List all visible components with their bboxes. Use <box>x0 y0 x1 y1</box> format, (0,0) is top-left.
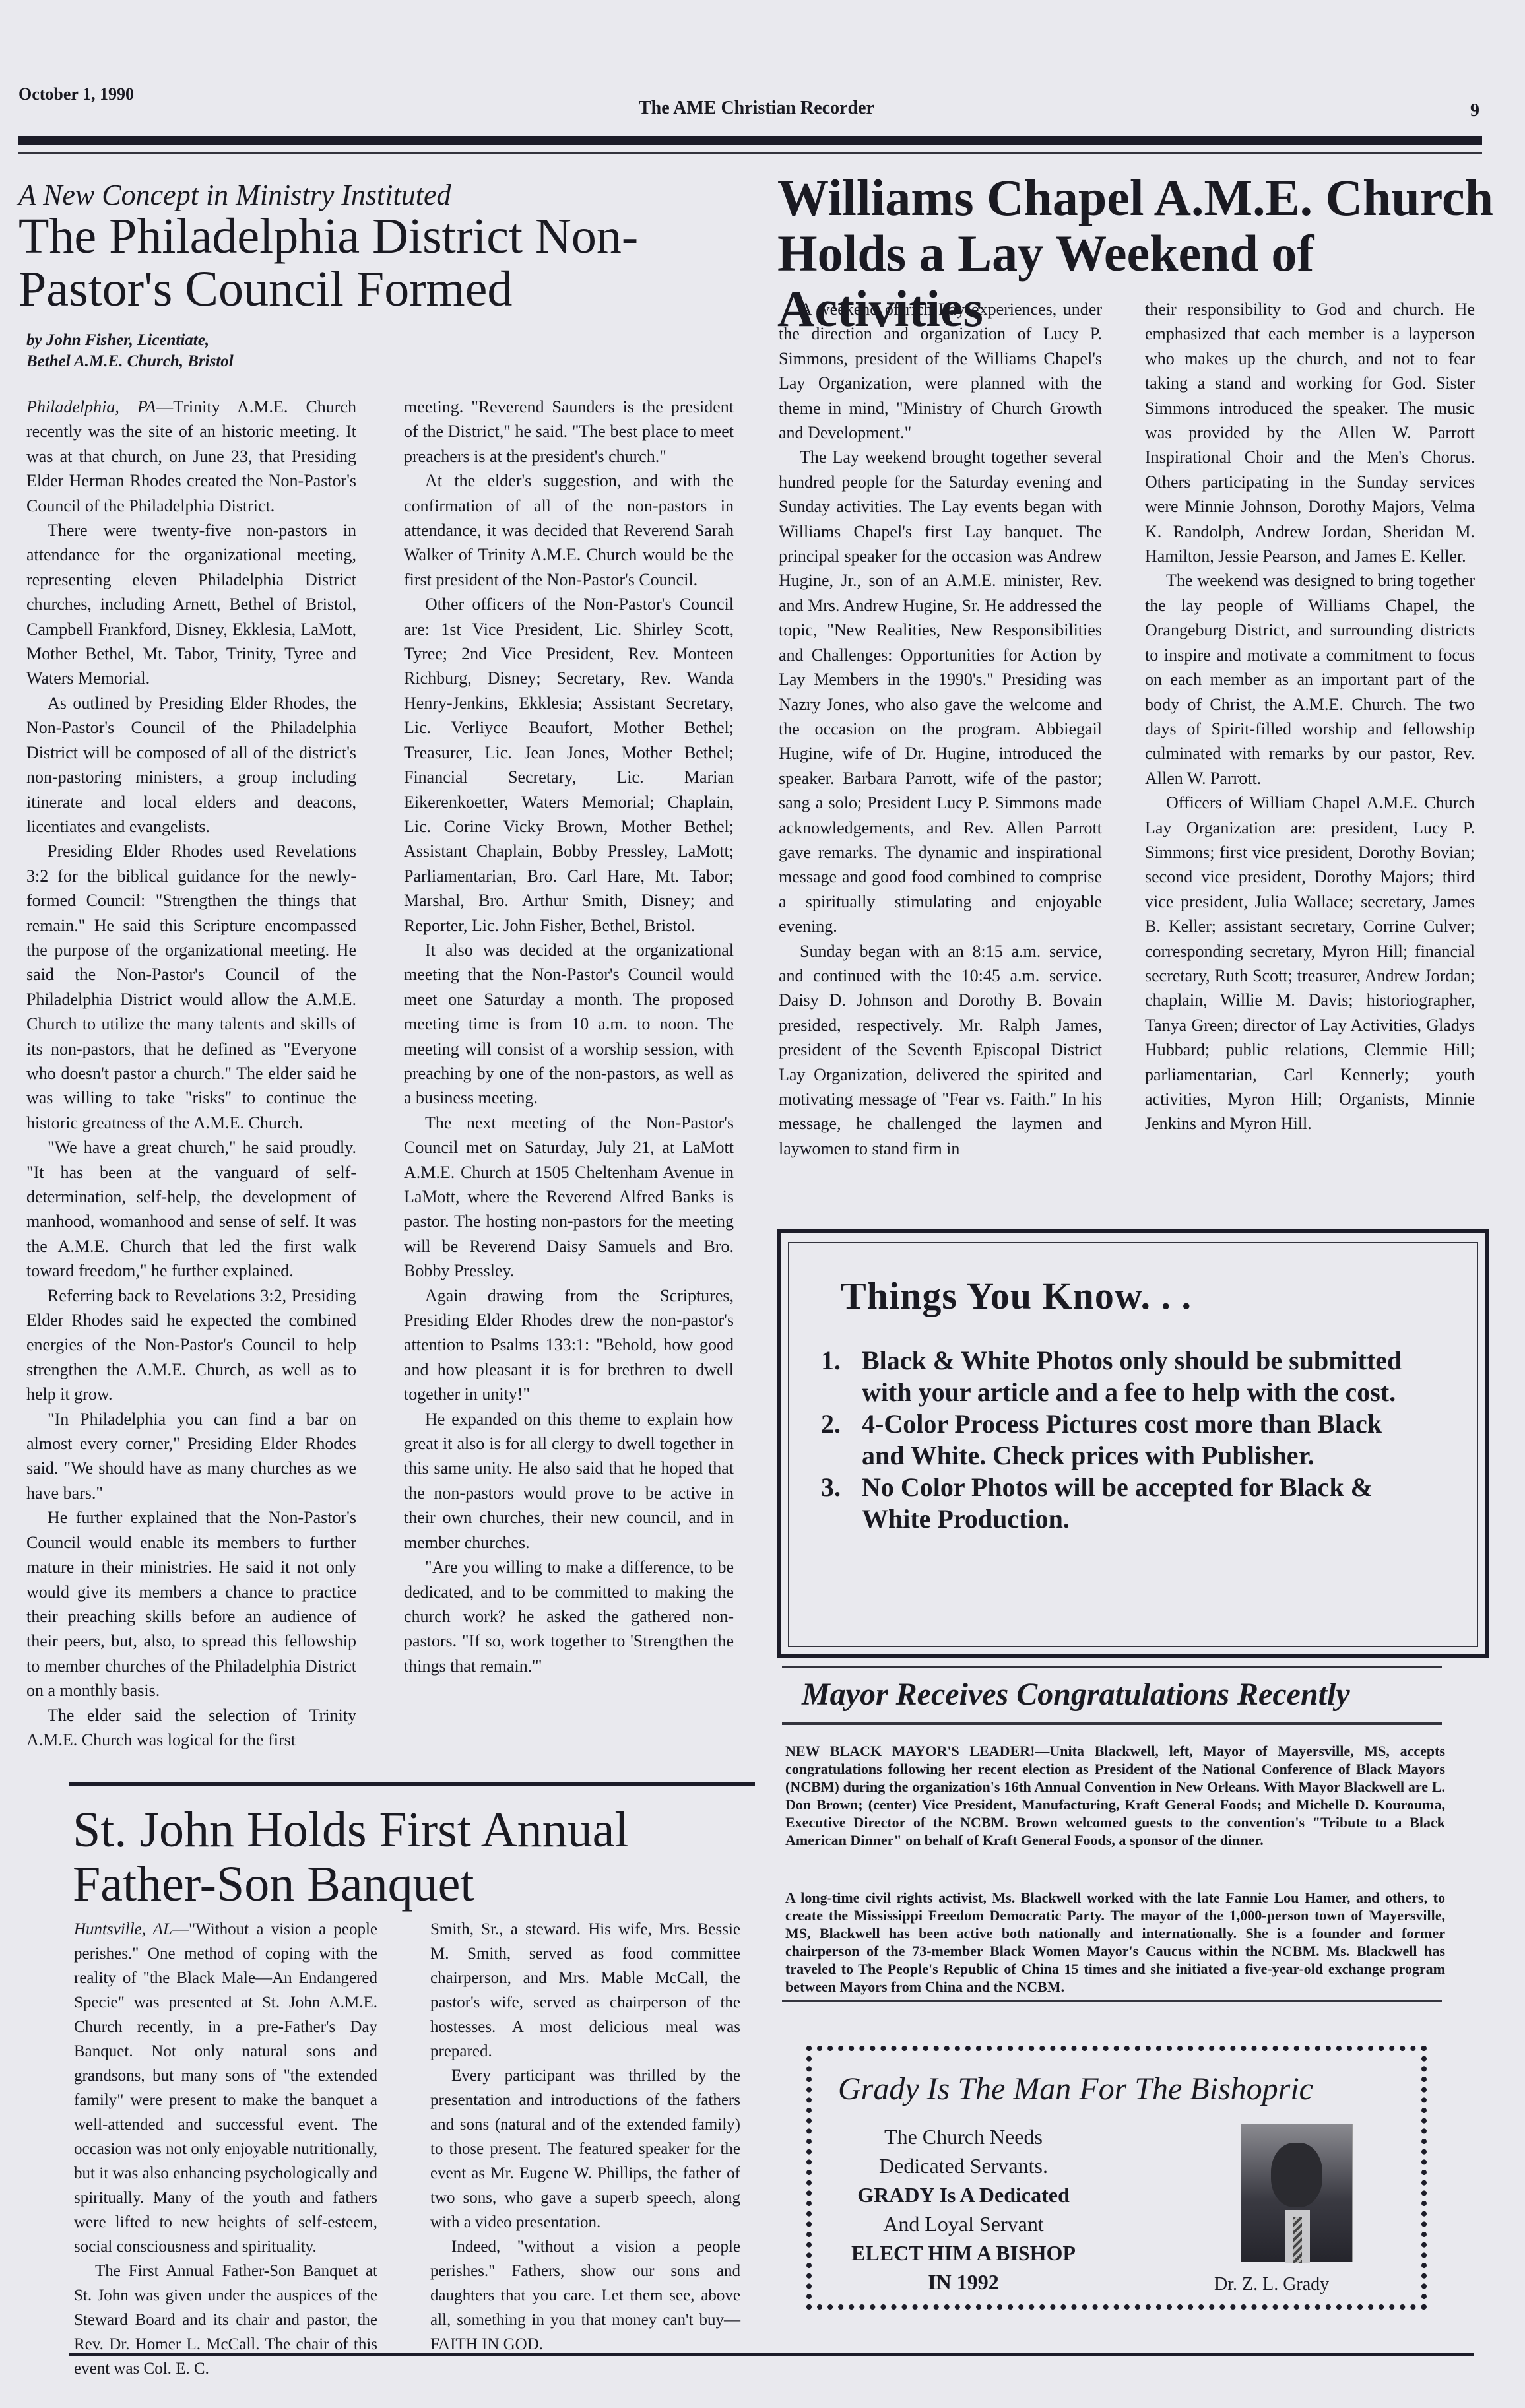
article-headline-stjohn: St. John Holds First Annual Father-Son B… <box>73 1803 772 1911</box>
list-item: 1.Black & White Photos only should be su… <box>821 1345 1415 1408</box>
article-kicker: A New Concept in Ministry Instituted <box>18 178 451 212</box>
paragraph: The weekend was designed to bring togeth… <box>1145 568 1475 791</box>
article-headline-philadelphia: The Philadelphia District Non-Pastor's C… <box>18 210 758 315</box>
ad-title: Grady Is The Man For The Bishopric <box>838 2071 1313 2107</box>
publication-name: The AME Christian Recorder <box>639 98 874 119</box>
paragraph: meeting. "Reverend Saunders is the presi… <box>404 395 734 469</box>
paragraph: As outlined by Presiding Elder Rhodes, t… <box>26 691 356 839</box>
paragraph: A weekend of rich Lay experiences, under… <box>779 297 1102 445</box>
article-column-philadelphia-1: Philadelphia, PA—Trinity A.M.E. Church r… <box>26 395 356 1752</box>
paragraph: Philadelphia, PA—Trinity A.M.E. Church r… <box>26 395 356 518</box>
ad-text: The Church Needs Dedicated Servants. GRA… <box>851 2122 1076 2296</box>
portrait-face <box>1271 2143 1322 2207</box>
article-column-williams-2: their responsibility to God and church. … <box>1145 297 1475 1136</box>
section-rule <box>782 1722 1442 1725</box>
list-item: 3.No Color Photos will be accepted for B… <box>821 1472 1415 1535</box>
paragraph: Again drawing from the Scriptures, Presi… <box>404 1284 734 1407</box>
paragraph: Officers of William Chapel A.M.E. Church… <box>1145 791 1475 1136</box>
article-column-stjohn-1: Huntsville, AL—"Without a vision a peopl… <box>74 1917 377 2381</box>
page-number: 9 <box>1470 100 1479 121</box>
photo-caption: NEW BLACK MAYOR'S LEADER!—Unita Blackwel… <box>785 1742 1445 1849</box>
paragraph: Other officers of the Non-Pastor's Counc… <box>404 592 734 938</box>
paragraph: It also was decided at the organizationa… <box>404 938 734 1111</box>
paragraph: The First Annual Father-Son Banquet at S… <box>74 2259 377 2381</box>
paragraph: Referring back to Revelations 3:2, Presi… <box>26 1284 356 1407</box>
paragraph: "Are you willing to make a difference, t… <box>404 1555 734 1678</box>
section-rule <box>69 1782 755 1786</box>
page-bottom-rule <box>69 2353 1474 2356</box>
paragraph: "We have a great church," he said proudl… <box>26 1135 356 1283</box>
article-column-williams-1: A weekend of rich Lay experiences, under… <box>779 297 1102 1161</box>
things-list: 1.Black & White Photos only should be su… <box>821 1345 1415 1535</box>
paragraph: Every participant was thrilled by the pr… <box>430 2064 740 2234</box>
paragraph: "In Philadelphia you can find a bar on a… <box>26 1407 356 1506</box>
paragraph: He further explained that the Non-Pastor… <box>26 1505 356 1703</box>
paragraph: Presiding Elder Rhodes used Revelations … <box>26 839 356 1135</box>
paragraph: Smith, Sr., a steward. His wife, Mrs. Be… <box>430 1917 740 2064</box>
article-column-philadelphia-2: meeting. "Reverend Saunders is the presi… <box>404 395 734 1678</box>
dateline: Philadelphia, PA <box>26 397 156 416</box>
paragraph: He expanded on this theme to explain how… <box>404 1407 734 1555</box>
masthead-rule <box>18 136 1482 145</box>
issue-date: October 1, 1990 <box>18 84 134 104</box>
section-rule <box>782 1666 1442 1668</box>
box-title: Things You Know. . . <box>841 1274 1192 1318</box>
article-column-stjohn-2: Smith, Sr., a steward. His wife, Mrs. Be… <box>430 1917 740 2357</box>
grady-advertisement: Grady Is The Man For The Bishopric The C… <box>806 2046 1427 2310</box>
paragraph: The elder said the selection of Trinity … <box>26 1703 356 1753</box>
paragraph: The next meeting of the Non-Pastor's Cou… <box>404 1111 734 1284</box>
paragraph: Huntsville, AL—"Without a vision a peopl… <box>74 1917 377 2259</box>
paragraph: The Lay weekend brought together several… <box>779 445 1102 938</box>
article-headline-mayor: Mayor Receives Congratulations Recently <box>802 1676 1350 1712</box>
paragraph: At the elder's suggestion, and with the … <box>404 469 734 592</box>
portrait-photo <box>1241 2124 1353 2262</box>
byline-author: by John Fisher, Licentiate, <box>26 330 234 351</box>
paragraph: There were twenty-five non-pastors in at… <box>26 518 356 691</box>
section-rule <box>782 2000 1442 2002</box>
article-body-mayor: A long-time civil rights activist, Ms. B… <box>785 1889 1445 1996</box>
byline-affiliation: Bethel A.M.E. Church, Bristol <box>26 351 234 372</box>
things-you-know-box: Things You Know. . . 1.Black & White Pho… <box>777 1229 1489 1658</box>
portrait-tie <box>1293 2217 1302 2263</box>
photo-caption: Dr. Z. L. Grady <box>1214 2274 1329 2295</box>
list-item: 2.4-Color Process Pictures cost more tha… <box>821 1408 1415 1472</box>
paragraph: their responsibility to God and church. … <box>1145 297 1475 568</box>
masthead-rule-thin <box>18 152 1482 154</box>
paragraph: Sunday began with an 8:15 a.m. service, … <box>779 939 1102 1161</box>
dateline: Huntsville, AL <box>74 1920 172 1938</box>
byline: by John Fisher, Licentiate, Bethel A.M.E… <box>26 330 234 372</box>
paragraph: Indeed, "without a vision a people peris… <box>430 2234 740 2357</box>
